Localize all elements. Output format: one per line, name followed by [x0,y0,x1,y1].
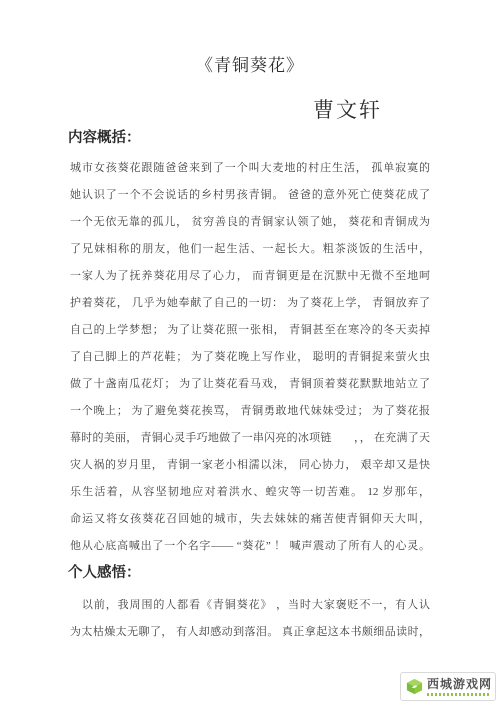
reflection-paragraph: 以前，我周围的人都看《青铜葵花》 ，当时大家褒贬不一，有人认为太枯燥太无聊了， … [70,592,430,646]
summary-text-line: 城市女孩葵花跟随爸爸来到了一个叫大麦地的村庄生活， 孤单寂寞的 [70,155,430,182]
summary-text-line: 护着葵花， 几乎为她奉献了自己的一切： 为了葵花上学， 青铜放弃了 [70,290,430,317]
section-heading-summary: 内容概括： [68,125,500,151]
summary-text-line: 一个晚上； 为了避免葵花挨骂， 青铜勇敢地代妹妹受过； 为了葵花报 [70,398,430,425]
watermark-logo-icon [405,677,424,696]
summary-text-line: 了兄妹相称的朋友，他们一起生活、一起长大。粗茶淡饭的生活中， [70,236,430,263]
summary-text-line: 他从心底高喊出了一个名字—— “葵花” ！ 喊声震动了所有人的心灵。 [70,533,430,560]
summary-text-line: 做了十盏南瓜花灯； 为了让葵花看马戏， 青铜顶着葵花默默地站立了 [70,371,430,398]
summary-paragraph: 城市女孩葵花跟随爸爸来到了一个叫大麦地的村庄生活， 孤单寂寞的她认识了一个不会说… [70,155,430,560]
summary-text-line: 一家人为了抚养葵花用尽了心力， 而青铜更是在沉默中无微不至地呵 [70,263,430,290]
watermark-site-name: 西城游戏网 [427,677,492,691]
reflection-text-line: 为太枯燥太无聊了， 有人却感动到落泪。 真正拿起这本书颇细品读时， [70,619,430,646]
watermark-subtext [427,693,489,696]
summary-text-line: 乐生活着，从容坚韧地应对着洪水、蝗灾等一切苦难。 12 岁那年， [70,479,430,506]
document-page: 《青铜葵花》 曹文轩 内容概括： 城市女孩葵花跟随爸爸来到了一个叫大麦地的村庄生… [0,0,500,708]
reflection-text-line: 以前，我周围的人都看《青铜葵花》 ，当时大家褒贬不一，有人认 [70,592,430,619]
summary-text-line: 她认识了一个不会说话的乡村男孩青铜。 爸爸的意外死亡使葵花成了 [70,182,430,209]
summary-text-line: 命运又将女孩葵花召回她的城市，失去妹妹的痛苦使青铜仰天大叫， [70,506,430,533]
summary-text-line: 灾人祸的岁月里， 青铜一家老小相濡以沫， 同心协力， 艰辛却又是快 [70,452,430,479]
watermark-badge: 西城游戏网 [400,672,496,701]
summary-text-line: 了自己脚上的芦花鞋； 为了葵花晚上写作业， 聪明的青铜捉来萤火虫 [70,344,430,371]
summary-text-line: 自己的上学梦想； 为了让葵花照一张相， 青铜甚至在寒冷的冬天卖掉 [70,317,430,344]
document-author: 曹文轩 [0,95,382,125]
summary-text-line: 幕时的美丽， 青铜心灵手巧地做了一串闪亮的冰项链 ，， 在充满了天 [70,425,430,452]
summary-text-line: 一个无依无靠的孤儿， 贫穷善良的青铜家认领了她， 葵花和青铜成为 [70,209,430,236]
watermark-text-block: 西城游戏网 [427,677,492,696]
section-heading-reflection: 个人感悟： [68,560,500,586]
document-title: 《青铜葵花》 [0,52,500,80]
